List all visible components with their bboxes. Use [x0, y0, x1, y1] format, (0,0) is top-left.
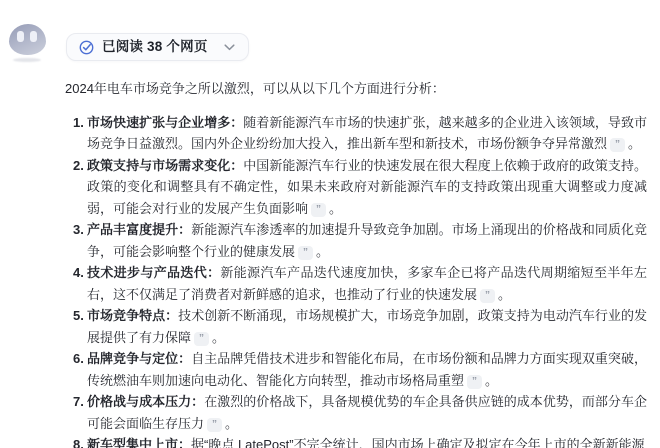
list-item-4: 4.技术进步与产品迭代：新能源汽车产品迭代速度加快，多家车企已将产品迭代周期缩短… [74, 262, 647, 305]
read-badge-label: 已阅读 38 个网页 [102, 40, 208, 54]
item-period: 。 [316, 244, 329, 259]
list-item-7: 7.价格战与成本压力：在激烈的价格战下，具备规模优势的车企具备供应链的成本优势，… [74, 391, 647, 434]
intro-paragraph: 2024年电车市场竞争之所以激烈，可以从以下几个方面进行分析： [65, 78, 647, 100]
citation-badge[interactable]: ” [311, 203, 326, 217]
citation-badge[interactable]: ” [194, 332, 209, 346]
item-title: 市场快速扩张与企业增多： [87, 115, 243, 130]
chat-message-container: 已阅读 38 个网页 2024年电车市场竞争之所以激烈，可以从以下几个方面进行分… [0, 0, 660, 448]
item-title: 市场竞争特点： [87, 308, 178, 323]
item-period: 。 [628, 136, 641, 151]
list-item-3: 3.产品丰富度提升：新能源汽车渗透率的加速提升导致竞争加剧。市场上涌现出的价格战… [74, 219, 647, 262]
item-title: 品牌竞争与定位： [87, 351, 191, 366]
item-title: 新车型集中上市： [87, 437, 191, 448]
item-number: 4. [73, 262, 84, 284]
check-circle-icon [79, 40, 94, 55]
item-period: 。 [498, 287, 511, 302]
citation-badge[interactable]: ” [298, 246, 313, 260]
citation-badge[interactable]: ” [207, 418, 222, 432]
item-number: 3. [73, 219, 84, 241]
assistant-avatar [9, 24, 47, 64]
item-title: 技术进步与产品迭代： [87, 265, 220, 280]
item-period: 。 [485, 373, 498, 388]
citation-badge[interactable]: ” [467, 375, 482, 389]
list-item-2: 2.政策支持与市场需求变化：中国新能源汽车行业的快速发展在很大程度上依赖于政府的… [74, 155, 647, 220]
item-period: 。 [225, 416, 238, 431]
item-title: 产品丰富度提升： [87, 222, 191, 237]
item-number: 5. [73, 305, 84, 327]
item-title: 价格战与成本压力： [87, 394, 204, 409]
item-number: 1. [73, 112, 84, 134]
assistant-message: 已阅读 38 个网页 2024年电车市场竞争之所以激烈，可以从以下几个方面进行分… [65, 33, 647, 448]
list-item-5: 5.市场竞争特点：技术创新不断涌现，市场规模扩大，市场竞争加剧，政策支持为电动汽… [74, 305, 647, 348]
citation-badge[interactable]: ” [610, 138, 625, 152]
list-item-8: 8.新车型集中上市：据“晚点 LatePost”不完全统计，国内市场上确定及拟定… [74, 434, 647, 448]
item-period: 。 [329, 201, 342, 216]
analysis-list: 1.市场快速扩张与企业增多：随着新能源汽车市场的快速扩张，越来越多的企业进入该领… [74, 112, 647, 448]
robot-eye-left [17, 31, 24, 42]
item-number: 6. [73, 348, 84, 370]
item-number: 7. [73, 391, 84, 413]
item-body: 据“晚点 LatePost”不完全统计，国内市场上确定及拟定在今年上市的全新新能… [191, 437, 645, 448]
chevron-down-icon [224, 44, 235, 51]
item-number: 2. [73, 155, 84, 177]
robot-eye-right [30, 31, 37, 42]
item-number: 8. [73, 434, 84, 448]
avatar-shadow [13, 58, 41, 62]
web-pages-read-badge[interactable]: 已阅读 38 个网页 [66, 33, 249, 61]
list-item-1: 1.市场快速扩张与企业增多：随着新能源汽车市场的快速扩张，越来越多的企业进入该领… [74, 112, 647, 155]
robot-head-icon [9, 24, 46, 55]
item-period: 。 [212, 330, 225, 345]
citation-badge[interactable]: ” [480, 289, 495, 303]
item-title: 政策支持与市场需求变化： [87, 158, 243, 173]
list-item-6: 6.品牌竞争与定位：自主品牌凭借技术进步和智能化布局，在市场份额和品牌力方面实现… [74, 348, 647, 391]
